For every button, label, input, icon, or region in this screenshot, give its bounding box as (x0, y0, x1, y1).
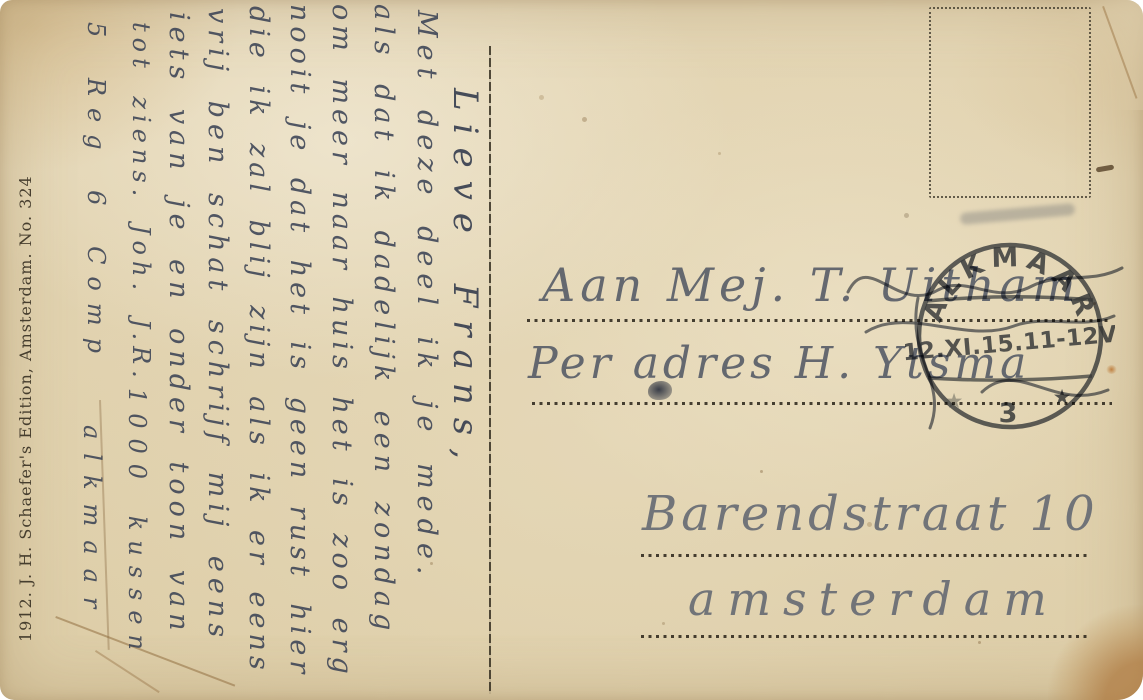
flourish-stroke (848, 268, 1122, 296)
handwriting-flourishes (770, 240, 1140, 460)
dark-smudge (1096, 164, 1115, 172)
message-line: iets van je en onder toon van (162, 12, 194, 637)
ink-blot (648, 381, 672, 400)
ink-smudge-above-postmark (960, 203, 1076, 225)
address-rule-3 (641, 554, 1089, 557)
message-closing: tot ziens. Joh. J.R. (125, 22, 157, 384)
flourish-stroke (916, 298, 935, 428)
publisher-imprint: 1912. J. H. Schaefer's Edition, Amsterda… (16, 175, 36, 642)
address-rule-4 (641, 635, 1090, 638)
address-street: Barendstraat 10 (642, 486, 1099, 542)
postcard-back: 1912. J. H. Schaefer's Edition, Amsterda… (0, 0, 1143, 700)
message-greeting: Lieve Frans, (446, 88, 484, 472)
message-line: die ik zal blij zijn als ik er eens (242, 6, 274, 675)
message-line: om meer naar huis het is zoo erg (325, 4, 357, 679)
stamp-box (929, 7, 1091, 198)
worn-corner (1048, 605, 1143, 700)
message-line: nooit je dat het is geen rust hier (283, 4, 315, 678)
flourish-stroke (982, 380, 1108, 395)
address-city: amsterdam (688, 572, 1059, 626)
message-line: vrij ben schat schrijf mij eens (201, 8, 233, 643)
message-line: als dat ik dadelijk een zondag (367, 4, 399, 636)
message-line: Met deze deel ik je mede. (410, 10, 442, 582)
sender-town: alkmaar (76, 425, 108, 622)
flourish-stroke (866, 316, 1114, 332)
paper-specks (0, 0, 3, 3)
message-kisses: 1000 kussen (121, 388, 153, 660)
sender-regiment: 5 Reg 6 Comp (80, 22, 112, 365)
center-divider-line (489, 46, 491, 694)
